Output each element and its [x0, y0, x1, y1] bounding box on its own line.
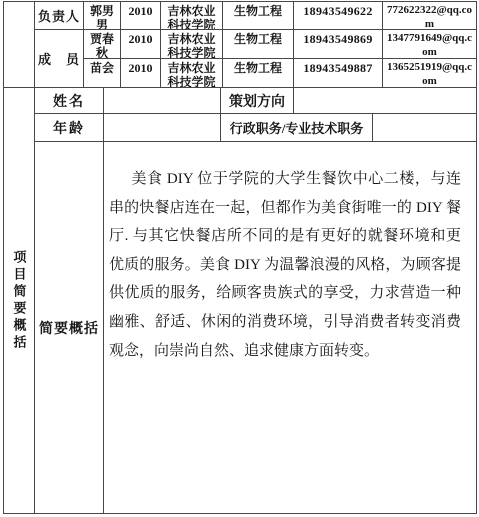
age-value-cell	[103, 113, 221, 142]
member-name-cell: 郭男男	[83, 1, 121, 30]
age-label-cell: 年龄	[34, 113, 104, 142]
name-label-cell: 姓名	[34, 87, 104, 114]
left-strip-top-cell	[3, 1, 35, 88]
position-value-cell	[372, 113, 477, 142]
member-major-cell: 生物工程	[222, 29, 294, 59]
member-school-cell: 吉林农业科技学院	[160, 29, 223, 59]
member-school-cell: 吉林农业科技学院	[160, 1, 223, 30]
direction-label-cell: 策划方向	[220, 87, 294, 114]
position-label-cell: 行政职务/专业技术职务	[220, 113, 373, 142]
member-major-cell: 生物工程	[222, 1, 294, 30]
document-page: 负责人 成 员 郭男男 2010 吉林农业科技学院 生物工程 189435496…	[0, 0, 479, 517]
member-email-cell: 1365251919@qq.com	[382, 58, 477, 88]
member-name-cell: 苗会	[83, 58, 121, 88]
member-email-cell: 772622322@qq.com	[382, 1, 477, 30]
member-major-cell: 生物工程	[222, 58, 294, 88]
member-school-cell: 吉林农业科技学院	[160, 58, 223, 88]
direction-value-cell	[293, 87, 477, 114]
name-value-cell	[103, 87, 221, 114]
leader-role-cell: 负责人	[34, 1, 84, 30]
member-year-cell: 2010	[120, 29, 161, 59]
member-email-cell: 1347791649@qq.com	[382, 29, 477, 59]
summary-content-cell: 美食 DIY 位于学院的大学生餐饮中心二楼，与连串的快餐店连在一起，但都作为美食…	[103, 141, 477, 514]
section-side-label: 项目简要概括	[3, 87, 35, 514]
member-year-cell: 2010	[120, 1, 161, 30]
member-role-cell: 成 员	[34, 29, 84, 88]
member-year-cell: 2010	[120, 58, 161, 88]
member-phone-cell: 18943549622	[293, 1, 383, 30]
member-phone-cell: 18943549887	[293, 58, 383, 88]
member-phone-cell: 18943549869	[293, 29, 383, 59]
summary-label-cell: 简要概括	[34, 141, 104, 514]
member-name-cell: 贾春秋	[83, 29, 121, 59]
